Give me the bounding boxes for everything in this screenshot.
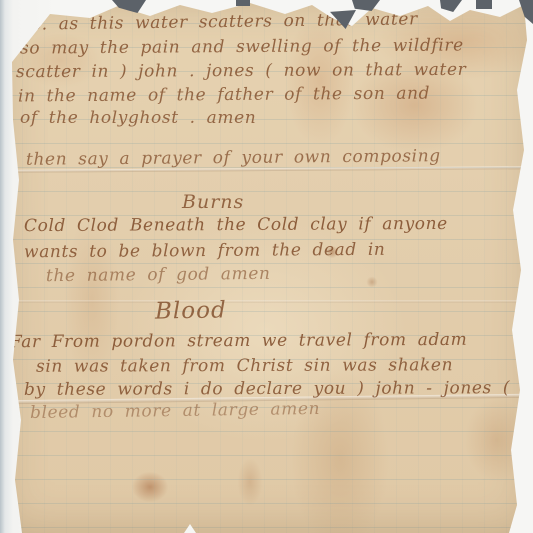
manuscript-line-instruction: then say a prayer of your own composing bbox=[26, 146, 441, 170]
fold-crease bbox=[0, 300, 533, 303]
manuscript-line: wants to be blown from the dead in bbox=[24, 240, 386, 263]
manuscript-line: the name of god amen bbox=[46, 264, 271, 286]
scanned-page-background: S. as this water scatters on that water … bbox=[0, 0, 533, 533]
manuscript-line: S. as this water scatters on that water bbox=[30, 9, 418, 34]
section-heading-blood: Blood bbox=[155, 297, 227, 324]
torn-edge-fragment bbox=[236, 0, 250, 6]
torn-edge-fragment bbox=[476, 0, 492, 9]
manuscript-line: in the name of the father of the son and bbox=[18, 84, 430, 107]
torn-edge-fragment bbox=[440, 0, 462, 12]
manuscript-paper: S. as this water scatters on that water … bbox=[0, 0, 533, 533]
manuscript-line: of the holyghost . amen bbox=[20, 108, 256, 128]
manuscript-line: Far From pordon stream we travel from ad… bbox=[10, 330, 467, 352]
section-heading-burns: Burns bbox=[182, 191, 244, 213]
manuscript-line: so may the pain and swelling of the wild… bbox=[20, 35, 464, 58]
manuscript-line: bleed no more at large amen bbox=[30, 399, 320, 423]
manuscript-line: Cold Clod Beneath the Cold clay if anyon… bbox=[24, 214, 448, 236]
manuscript-line: scatter in ) john . jones ( now on that … bbox=[16, 60, 466, 82]
manuscript-line: sin was taken from Christ sin was shaken bbox=[36, 355, 453, 376]
manuscript-line: by these words i do declare you ) john -… bbox=[24, 378, 510, 400]
